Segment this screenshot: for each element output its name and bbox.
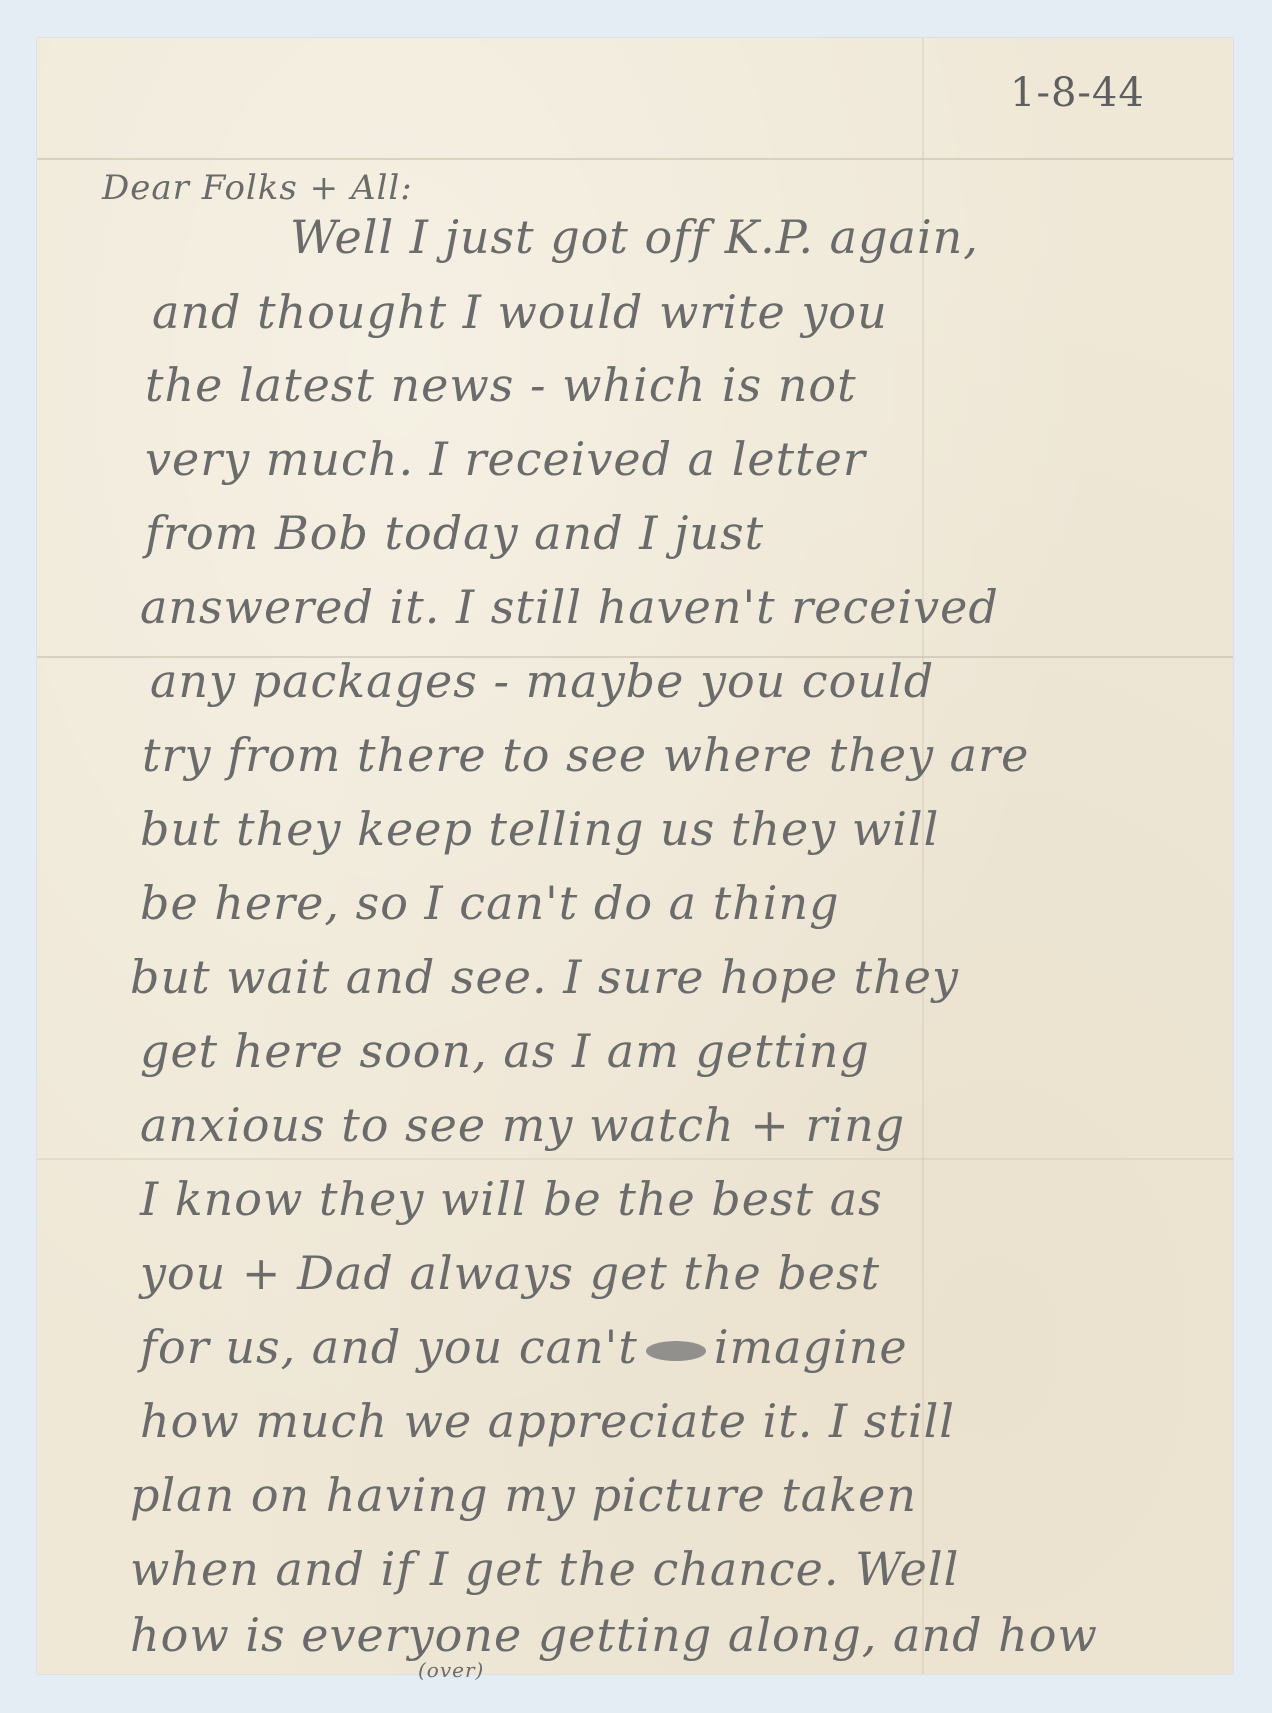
letter-line-4: very much. I received a letter: [145, 432, 866, 486]
letter-line-3: the latest news - which is not: [145, 358, 857, 412]
letter-line-16: for us, and you can'timagine: [140, 1320, 908, 1374]
letter-line-7: any packages - maybe you could: [150, 654, 934, 708]
letter-line-11: but wait and see. I sure hope they: [130, 950, 959, 1004]
letter-line-15: you + Dad always get the best: [140, 1246, 880, 1300]
continuation-note: (over): [418, 1658, 484, 1682]
letter-line-17: how much we appreciate it. I still: [140, 1394, 955, 1448]
letter-line-20: how is everyone getting along, and how: [130, 1608, 1098, 1662]
paper-fold-horizontal-lower: [37, 1158, 1233, 1160]
letter-line-8: try from there to see where they are: [142, 728, 1029, 782]
letter-date: 1-8-44: [1010, 70, 1145, 116]
letter-line-2: and thought I would write you: [152, 285, 888, 339]
letter-line-16-text: for us, and you can't: [140, 1320, 638, 1374]
letter-line-18: plan on having my picture taken: [130, 1468, 917, 1522]
letter-line-6: answered it. I still haven't received: [140, 580, 999, 634]
letter-line-10: be here, so I can't do a thing: [140, 876, 840, 930]
letter-line-5: from Bob today and I just: [145, 506, 764, 560]
letter-line-19: when and if I get the chance. Well: [130, 1542, 959, 1596]
letter-line-12: get here soon, as I am getting: [140, 1024, 870, 1078]
letter-salutation: Dear Folks + All:: [102, 168, 413, 208]
letter-line-1: Well I just got off K.P. again,: [290, 210, 979, 264]
letter-line-14: I know they will be the best as: [140, 1172, 883, 1226]
letter-line-9: but they keep telling us they will: [140, 802, 939, 856]
crossed-out-word-icon: [646, 1341, 706, 1361]
letter-line-16-end: imagine: [714, 1320, 908, 1374]
paper-fold-horizontal-top: [37, 158, 1233, 160]
letter-line-13: anxious to see my watch + ring: [140, 1098, 905, 1152]
